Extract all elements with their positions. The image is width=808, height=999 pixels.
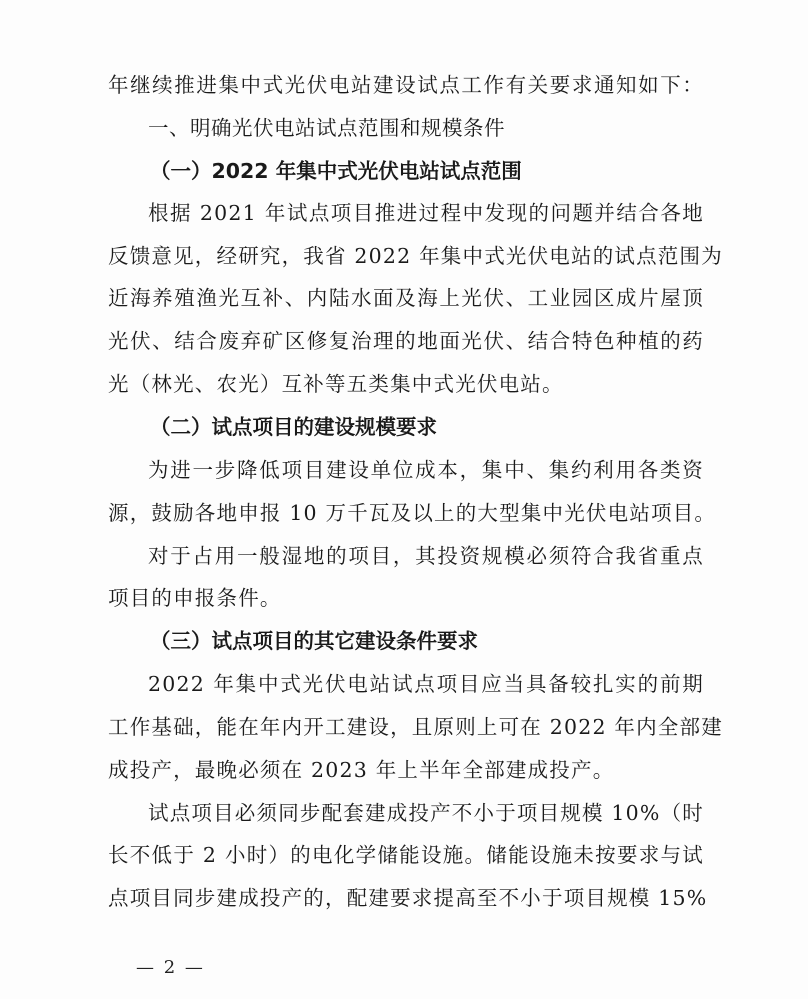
body-line: 反馈意见，经研究，我省 2022 年集中式光伏电站的试点范围为 — [108, 242, 704, 270]
body-line: 源，鼓励各地申报 10 万千瓦及以上的大型集中光伏电站项目。 — [108, 499, 704, 527]
body-line: 成投产，最晚必须在 2023 年上半年全部建成投产。 — [108, 756, 704, 784]
page-number: — 2 — — [136, 956, 205, 980]
body-line: 光伏、结合废弃矿区修复治理的地面光伏、结合特色种植的药 — [108, 327, 704, 355]
body-line: 试点项目必须同步配套建成投产不小于项目规模 10%（时 — [148, 799, 704, 827]
subsection-heading-1: （一）2022 年集中式光伏电站试点范围 — [150, 157, 746, 185]
section-heading-1: 一、明确光伏电站试点范围和规模条件 — [148, 114, 744, 142]
body-line: 年继续推进集中式光伏电站建设试点工作有关要求通知如下： — [108, 71, 704, 99]
document-page: 年继续推进集中式光伏电站建设试点工作有关要求通知如下： 一、明确光伏电站试点范围… — [0, 0, 808, 999]
body-line: 对于占用一般湿地的项目，其投资规模必须符合我省重点 — [148, 542, 704, 570]
subsection-heading-2: （二）试点项目的建设规模要求 — [150, 413, 746, 441]
body-line: 2022 年集中式光伏电站试点项目应当具备较扎实的前期 — [148, 670, 704, 698]
body-line: 项目的申报条件。 — [108, 584, 704, 612]
body-line: 工作基础，能在年内开工建设，且原则上可在 2022 年内全部建 — [108, 713, 704, 741]
body-line: 近海养殖渔光互补、内陆水面及海上光伏、工业园区成片屋顶 — [108, 284, 704, 312]
body-line: 点项目同步建成投产的，配建要求提高至不小于项目规模 15% — [108, 884, 704, 912]
body-line: 根据 2021 年试点项目推进过程中发现的问题并结合各地 — [148, 199, 704, 227]
body-line: 为进一步降低项目建设单位成本，集中、集约利用各类资 — [148, 456, 704, 484]
subsection-heading-3: （三）试点项目的其它建设条件要求 — [150, 627, 746, 655]
body-line: 光（林光、农光）互补等五类集中式光伏电站。 — [108, 370, 704, 398]
body-line: 长不低于 2 小时）的电化学储能设施。储能设施未按要求与试 — [108, 841, 704, 869]
